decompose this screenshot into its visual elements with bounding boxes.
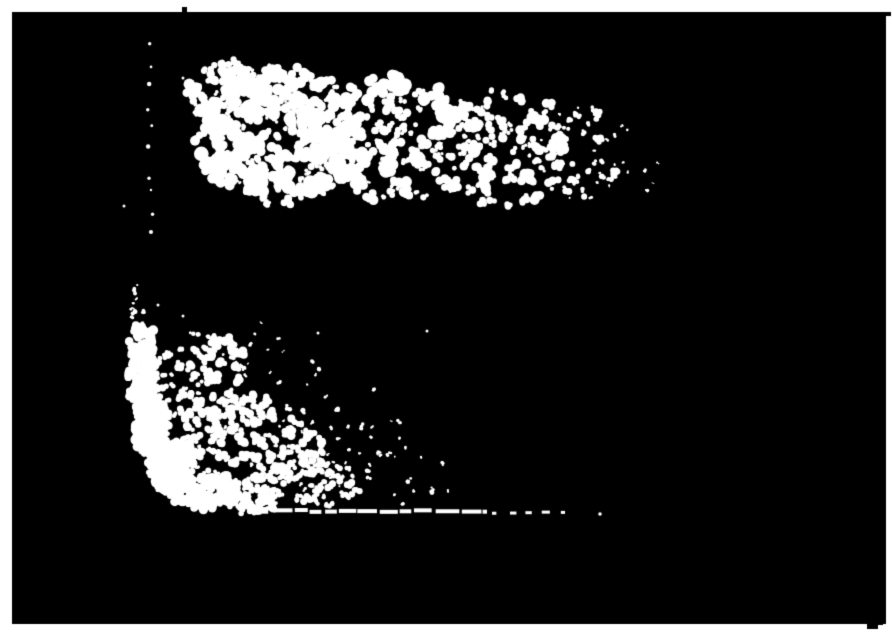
binarized-photo-canvas [0, 0, 892, 639]
figure-page [0, 0, 892, 639]
